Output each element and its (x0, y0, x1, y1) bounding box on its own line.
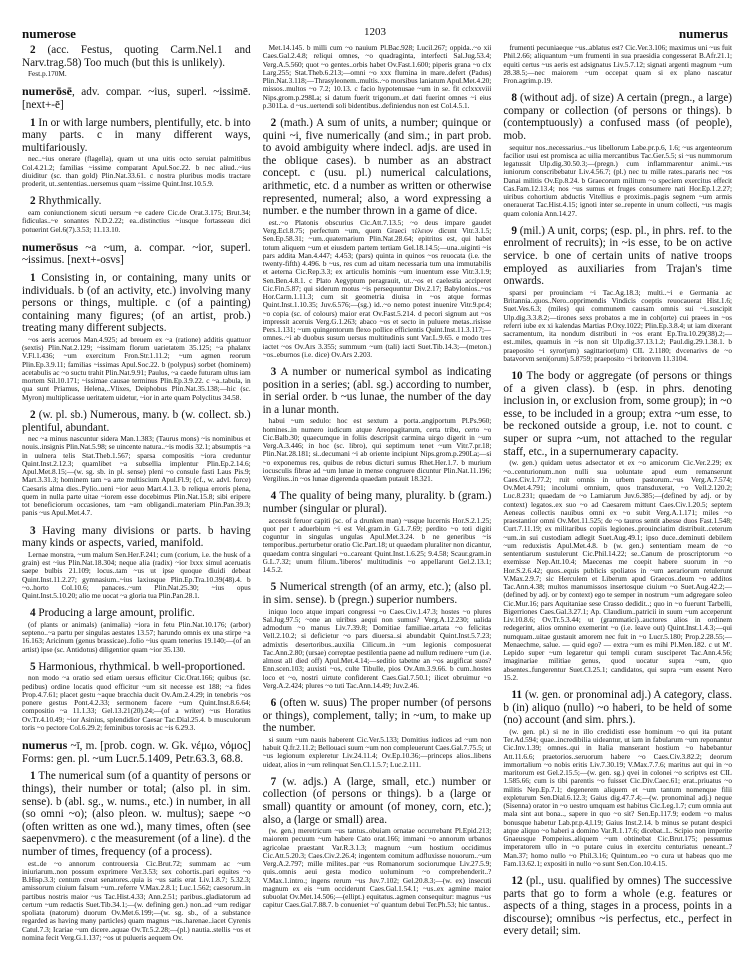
sense-number: 4 (30, 607, 36, 619)
citation-block: est..~o Platonis obscurius Cic.Att.7.13.… (263, 219, 492, 359)
citation-block: accessit feruor capiti (sc. of a drunken… (263, 517, 492, 575)
citation-block: est..de ~o annorum controuersia Cic.Brut… (22, 860, 251, 943)
page-number: 1203 (364, 26, 386, 38)
sense-number: 3 (30, 525, 36, 537)
sense-definition: 4 Producing a large amount, prolific. (22, 607, 251, 620)
column-left: 2 (acc. Festus, quoting Carm.Nel.1 and N… (22, 44, 251, 949)
column-right: frumenti pecuniaeque ~us..ablatus est? C… (503, 44, 732, 949)
sense-definition: 1 Consisting in, or containing, many uni… (22, 272, 251, 335)
sense-number: 3 (271, 366, 277, 378)
citation-block: (w. gen. pl.) si ne in illo credidisti e… (503, 728, 732, 868)
sense-number: 11 (511, 689, 522, 701)
sense-number: 2 (30, 409, 36, 421)
citation-block: Fest.p.170M. (22, 70, 251, 78)
sense-definition: 8 (without adj. of size) A certain (preg… (503, 92, 732, 142)
sense-definition: 12 (pl., usu. qualified by omnes) The su… (503, 875, 732, 938)
sense-number: 4 (271, 490, 277, 502)
sense-number: 1 (30, 117, 36, 129)
sense-definition: 6 (often w. suus) The proper number (of … (263, 697, 492, 735)
citation-block: sparsi per prouinciam ~i Tac.Ag.18.3; mu… (503, 289, 732, 363)
citation-block: frumenti pecuniaeque ~us..ablatus est? C… (503, 44, 732, 85)
citation-block: (w. gen.) quidam uetus adsectator et ex … (503, 459, 732, 682)
sense-number: 12 (511, 875, 522, 887)
citation-block: nec..~ius onerare (flagella), quam ut un… (22, 155, 251, 188)
sense-definition: 2 (w. pl. sb.) Numerous, many. b (w. col… (22, 409, 251, 434)
citation-block: iniquo loco atque impari congressi ~o Ca… (263, 608, 492, 691)
right-running-headword: numerus (679, 26, 728, 42)
sense-number: 5 (30, 661, 36, 673)
sense-definition: 3 Having many divisions or parts. b havi… (22, 525, 251, 550)
sense-number: 1 (30, 272, 36, 284)
left-running-headword: numerose (22, 26, 76, 42)
sense-number: 2 (30, 44, 36, 56)
sense-definition: 11 (w. gen. or pronominal adj.) A catego… (503, 689, 732, 727)
sense-definition: 5 Harmonious, rhythmical. b well-proport… (22, 661, 251, 674)
citation-block: (w. gen.) meretricum ~us tantus..obuiam … (263, 827, 492, 910)
sense-definition: 5 Numerical strength (of an army, etc.);… (263, 581, 492, 606)
citation-block: sequitur nos..necessarius..~us libelloru… (503, 144, 732, 218)
lemma: numerōsus (22, 240, 78, 254)
sense-definition: 1 The numerical sum (of a quantity of pe… (22, 770, 251, 858)
sense-definition: 2 (acc. Festus, quoting Carm.Nel.1 and N… (22, 44, 251, 69)
sense-number: 1 (30, 770, 36, 782)
sense-number: 9 (511, 225, 517, 237)
citation-block: eam coniunctionem sicuti uersum ~e cader… (22, 209, 251, 234)
lemma: numerōsē (22, 84, 72, 98)
sense-definition: 4 The quality of being many, plurality. … (263, 490, 492, 515)
citation-block: habui ~um sedulo: hoc est sextum a porta… (263, 417, 492, 483)
citation-block: nec ~a minus nascuntur sidera Man.1.383;… (22, 435, 251, 518)
dictionary-entry-head: numerus ~ī, m. [prob. cogn. w. Gk. νέμω,… (22, 739, 251, 765)
lemma: numerus (22, 738, 67, 752)
sense-definition: 2 (math.) A sum of units, a number; quin… (263, 117, 492, 218)
sense-definition: 3 A number or numerical symbol as indica… (263, 366, 492, 416)
sense-definition: 9 (mil.) A unit, corps; (esp. pl., in ph… (503, 225, 732, 288)
sense-number: 10 (511, 370, 522, 382)
sense-definition: 1 In or with large numbers, plentifully,… (22, 117, 251, 155)
sense-number: 2 (30, 195, 36, 207)
sense-definition: 7 (w. adjs.) A (large, small, etc.) numb… (263, 776, 492, 826)
citation-block: si suum ~um nauis haberent Cic.Ver.5.133… (263, 736, 492, 769)
sense-number: 2 (271, 117, 277, 129)
sense-number: 5 (271, 581, 277, 593)
citation-block: non modo ~a oratio sed etiam uersus effi… (22, 674, 251, 732)
sense-number: 6 (271, 697, 277, 709)
citation-block: Lernae monstra, ~um malum Sen.Her.F.241;… (22, 551, 251, 601)
page-header: numerose 1203 numerus (22, 26, 728, 44)
sense-number: 8 (511, 92, 517, 104)
dictionary-entry-head: numerōsus ~a ~um, a. compar. ~ior, super… (22, 241, 251, 267)
dictionary-columns: 2 (acc. Festus, quoting Carm.Nel.1 and N… (22, 44, 732, 949)
citation-block: (of plants or animals) (animalia) ~iora … (22, 621, 251, 654)
sense-definition: 10 The body or aggregate (of persons or … (503, 370, 732, 458)
sense-definition: 2 Rhythmically. (22, 195, 251, 208)
column-middle: Met.14.145. b milli cum ~o nauium Pl.Bac… (263, 44, 492, 949)
dictionary-entry-head: numerōsē, adv. compar. ~ius, superl. ~is… (22, 85, 251, 111)
citation-block: ~os aeris aceruos Man.4.925; ad breuem e… (22, 336, 251, 402)
sense-number: 7 (271, 776, 277, 788)
citation-block: Met.14.145. b milli cum ~o nauium Pl.Bac… (263, 44, 492, 110)
